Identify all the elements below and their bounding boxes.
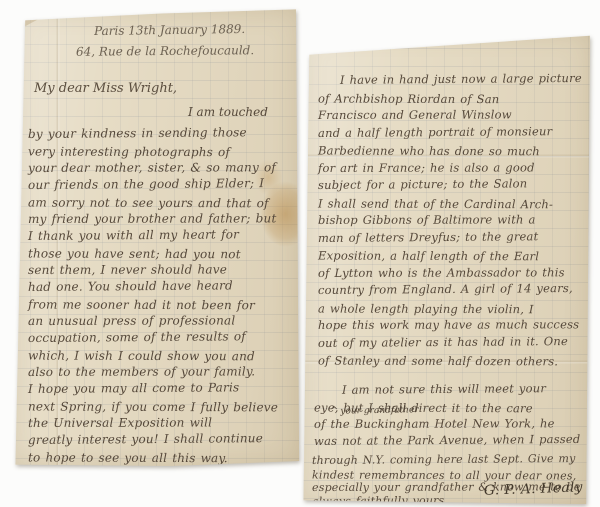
handwriting-line: of Stanley and some half dozen others. [318,353,588,371]
handwriting-line: man of letters Dreyfus; to the great [318,227,588,247]
page2-paragraph-1: I have in hand just now a large pictureo… [318,72,588,370]
handwriting-line: bishop Gibbons of Baltimore with a [318,211,588,229]
page1-body-paragraph: by your kindness in sending thosevery in… [28,126,294,466]
handwriting-line: Barbedienne who has done so much [318,143,588,161]
handwriting-line: occupation, some of the results of [28,328,294,347]
handwriting-line: out of my atelier as it has had in it. O… [318,332,588,352]
handwriting-line: to hope to see you all this way. [28,450,294,468]
handwriting-line: I thank you with all my heart for [28,226,294,245]
handwriting-line: our friends on the good ship Elder; I [28,175,294,194]
handwriting-line: and a half length portrait of monsieur [318,122,588,142]
opening-phrase: I am touched [188,105,268,119]
insertion-text: your grandfather [340,405,418,416]
letter-page-1: Paris 13th January 1889. 64, Rue de la R… [12,8,300,466]
handwriting-line: was not at the Park Avenue, when I passe… [314,431,588,450]
handwriting-line: I hope you may all come to Paris [28,379,294,398]
page1-handwriting: Paris 13th January 1889. 64, Rue de la R… [12,8,300,466]
handwriting-line: greatly interest you! I shall continue [28,430,294,449]
handwriting-line: hope this work may have as much success [318,316,588,334]
paper-sheet: Paris 13th January 1889. 64, Rue de la R… [12,8,300,466]
handwriting-line: had one. You should have heard [28,277,294,296]
letter-page-2: I have in hand just now a large pictureo… [300,30,592,506]
handwriting-line: Exposition, a half length of the Earl [318,248,588,266]
handwriting-line: Francisco and General Winslow [318,106,588,124]
handwriting-line: through N.Y. coming here last Sept. Give… [312,452,590,468]
handwriting-line: country from England. A girl of 14 years… [318,280,588,300]
dateline: Paris 13th January 1889. [94,22,245,38]
page2-handwriting: I have in hand just now a large pictureo… [300,30,592,506]
interline-insertion: ^your grandfather [330,405,419,417]
handwriting-line: I am not sure this will meet your [314,380,588,399]
salutation: My dear Miss Wright, [34,81,177,96]
insertion-caret-icon: ^ [330,406,339,417]
letter-scan-photo: Paris 13th January 1889. 64, Rue de la R… [0,0,600,507]
paper-sheet: I have in hand just now a large pictureo… [300,30,592,506]
handwriting-line: I have in hand just now a large picture [318,70,588,90]
address-line: 64, Rue de la Rochefoucauld. [76,43,254,59]
handwriting-line: subject for a picture; to the Salon [318,175,588,195]
handwriting-line: by your kindness in sending those [28,124,294,143]
